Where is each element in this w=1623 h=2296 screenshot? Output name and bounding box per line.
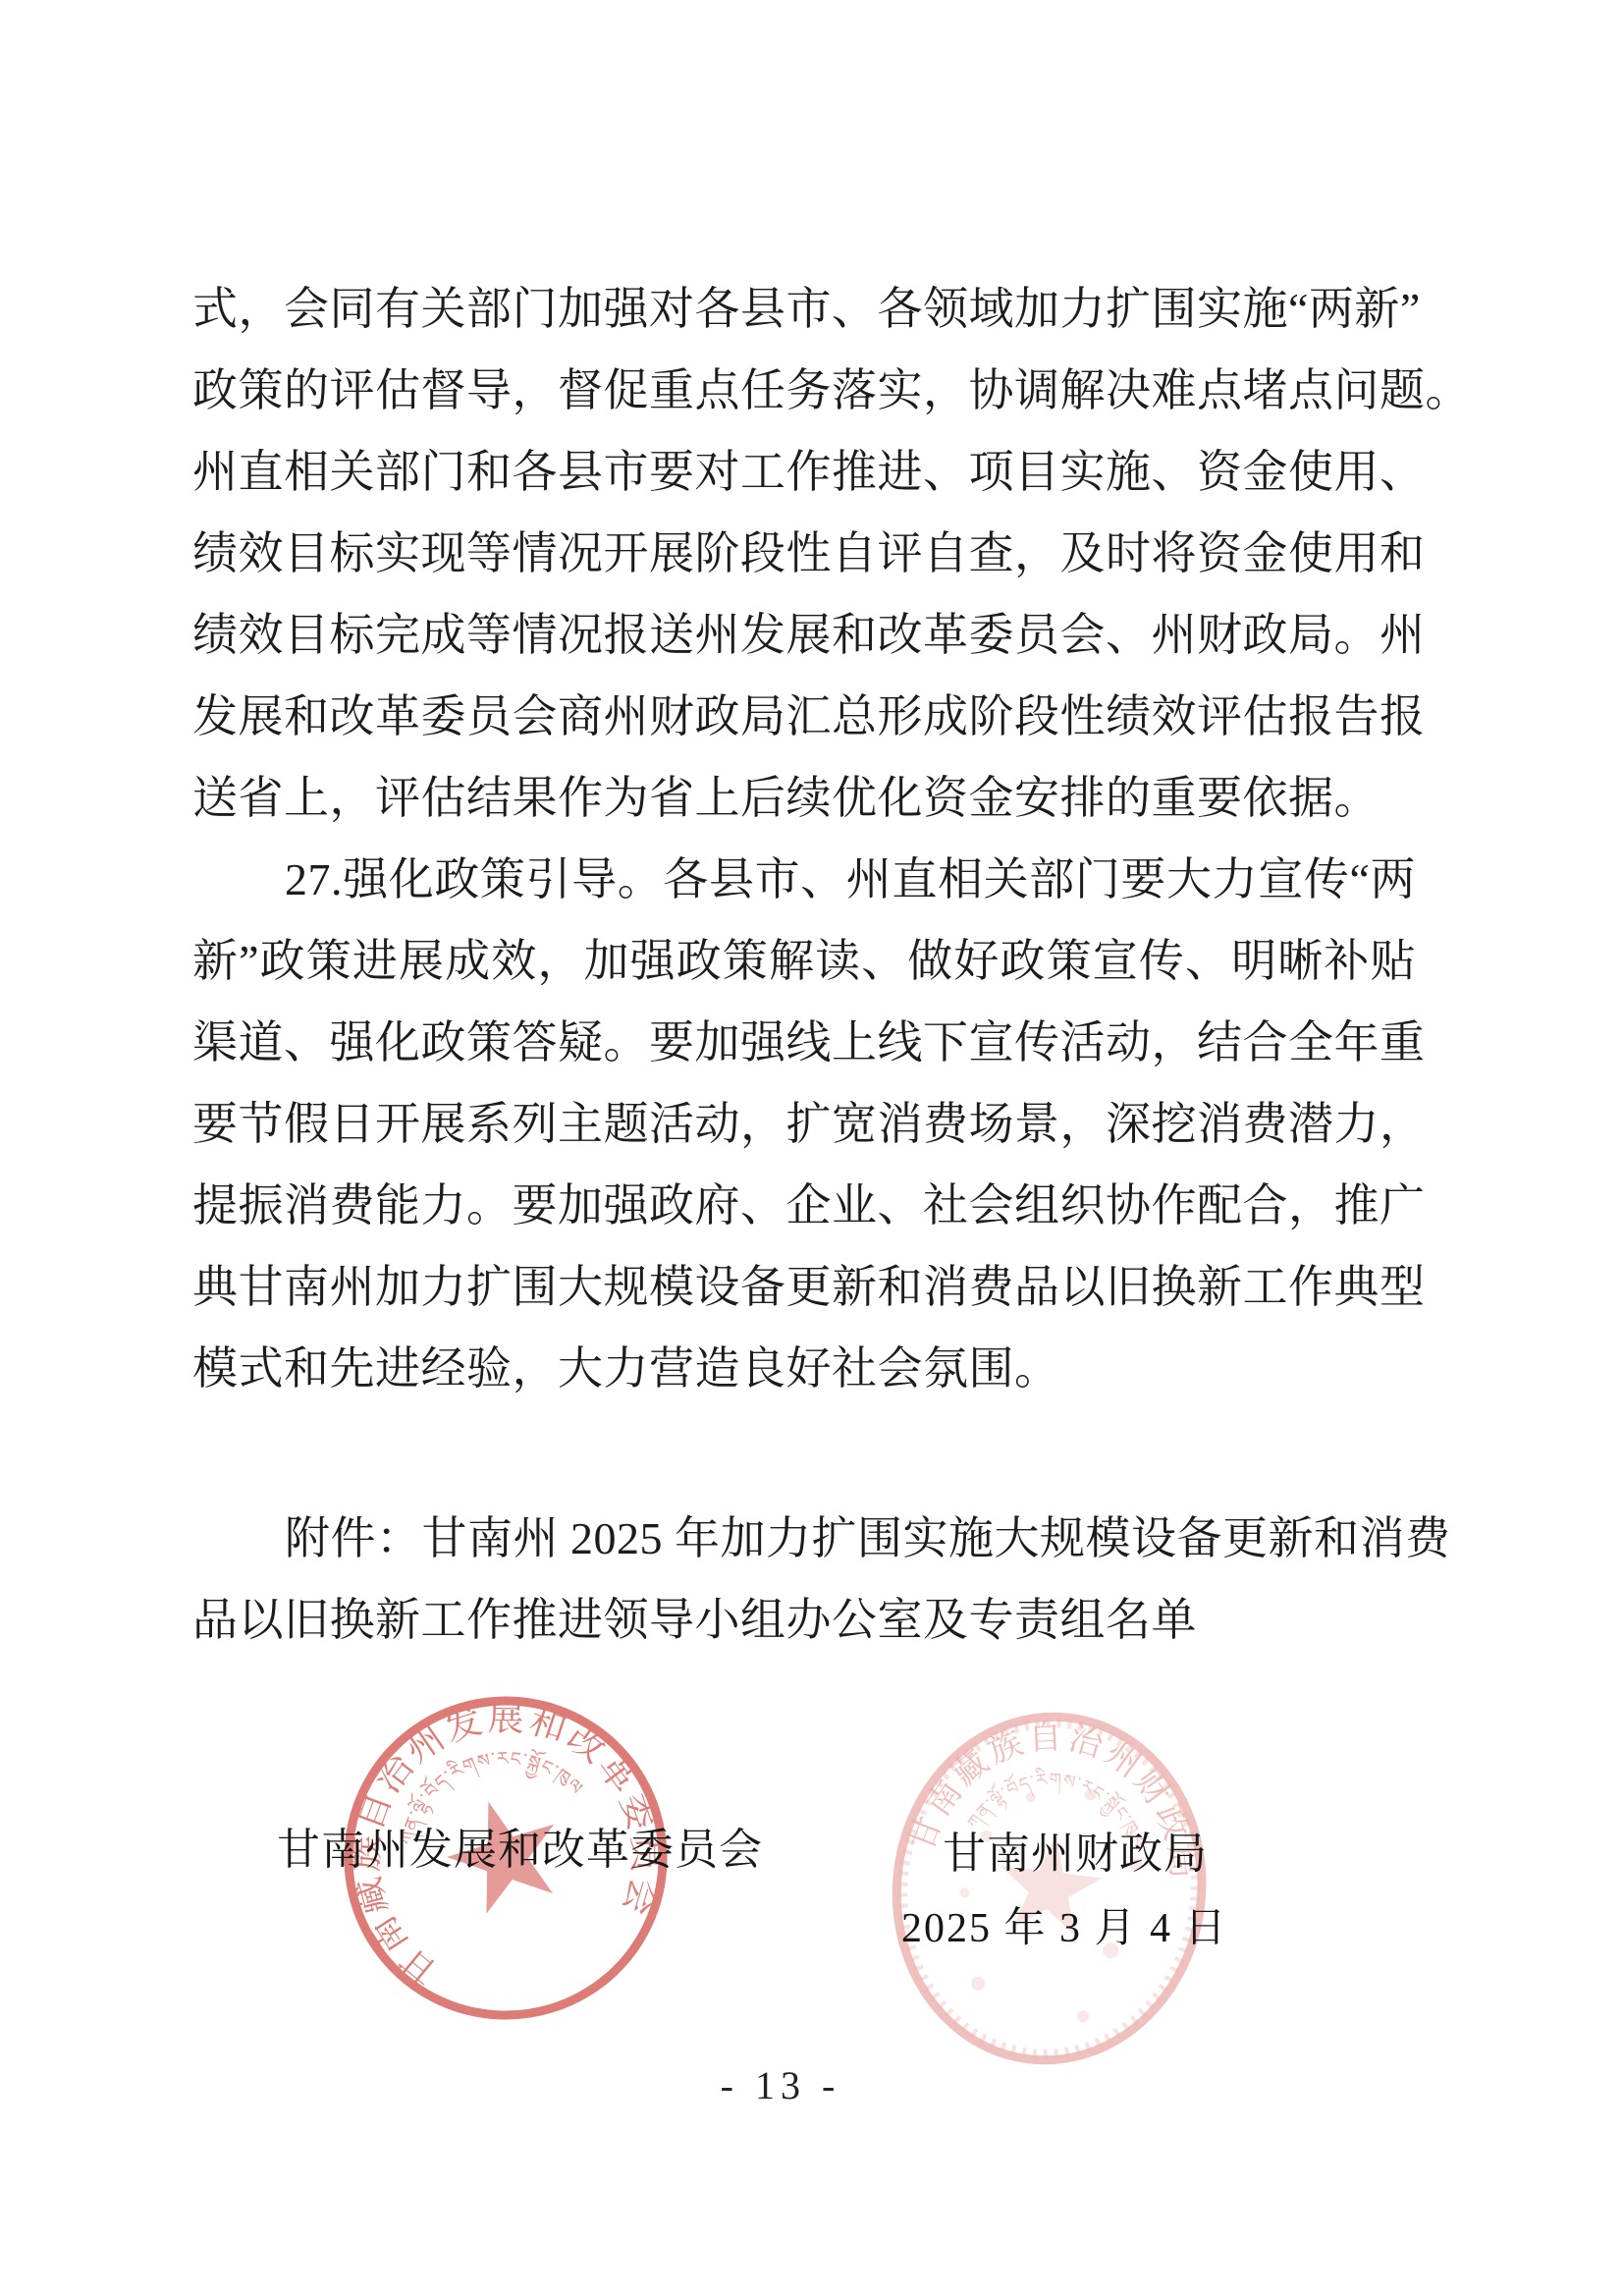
body-text-line: 模式和先进经验，大力营造良好社会氛围。 (192, 1328, 1416, 1409)
body-text-line: 渠道、强化政策答疑。要加强线上线下宣传活动，结合全年重 (192, 1002, 1416, 1083)
body-text-line: 发展和改革委员会商州财政局汇总形成阶段性绩效评估报告报 (192, 676, 1416, 757)
body-text-line: 绩效目标实现等情况开展阶段性自评自查，及时将资金使用和 (192, 513, 1416, 594)
signature-date: 2025 年 3 月 4 日 (901, 1903, 1235, 1954)
body-text: 式，会同有关部门加强对各县市、各领域加力扩围实施“两新”政策的评估督导，督促重点… (192, 268, 1416, 1409)
right-org-signature: 甘南州财政局 (943, 1829, 1217, 1880)
attachment-text-line: 品以旧换新工作推进领导小组办公室及专责组名单 (192, 1579, 1416, 1661)
body-text-line: 新”政策进展成效，加强政策解读、做好政策宣传、明晰补贴 (192, 920, 1416, 1002)
body-text-line: 提振消费能力。要加强政府、企业、社会组织协作配合，推广 (192, 1165, 1416, 1246)
body-text-line: 27.强化政策引导。各县市、州直相关部门要大力宣传“两 (192, 839, 1416, 920)
attachment-text: 附件：甘南州 2025 年加力扩围实施大规模设备更新和消费品以旧换新工作推进领导… (192, 1498, 1416, 1661)
body-text-line: 送省上，评估结果作为省上后续优化资金安排的重要依据。 (192, 757, 1416, 839)
body-text-line: 绩效目标完成等情况报送州发展和改革委员会、州财政局。州 (192, 594, 1416, 676)
body-text-line: 式，会同有关部门加强对各县市、各领域加力扩围实施“两新” (192, 268, 1416, 350)
body-text-line: 州直相关部门和各县市要对工作推进、项目实施、资金使用、 (192, 431, 1416, 513)
left-org-signature: 甘南州发展和改革委员会 (277, 1825, 768, 1876)
body-text-line: 要节假日开展系列主题活动，扩宽消费场景，深挖消费潜力， (192, 1083, 1416, 1165)
right-official-seal: 甘南藏族自治州财政局 ཀན་ལྷོ་བོད་རིགས་རང་སྐྱོང་ཁུལ (849, 1677, 1248, 2110)
page-number: - 13 - (677, 2062, 884, 2108)
attachment-text-line: 附件：甘南州 2025 年加力扩围实施大规模设备更新和消费 (192, 1498, 1416, 1579)
document-page: 式，会同有关部门加强对各县市、各领域加力扩围实施“两新”政策的评估督导，督促重点… (0, 0, 1623, 2296)
body-text-line: 政策的评估督导，督促重点任务落实，协调解决难点堵点问题。 (192, 350, 1416, 431)
body-text-line: 典甘南州加力扩围大规模设备更新和消费品以旧换新工作典型 (192, 1246, 1416, 1328)
